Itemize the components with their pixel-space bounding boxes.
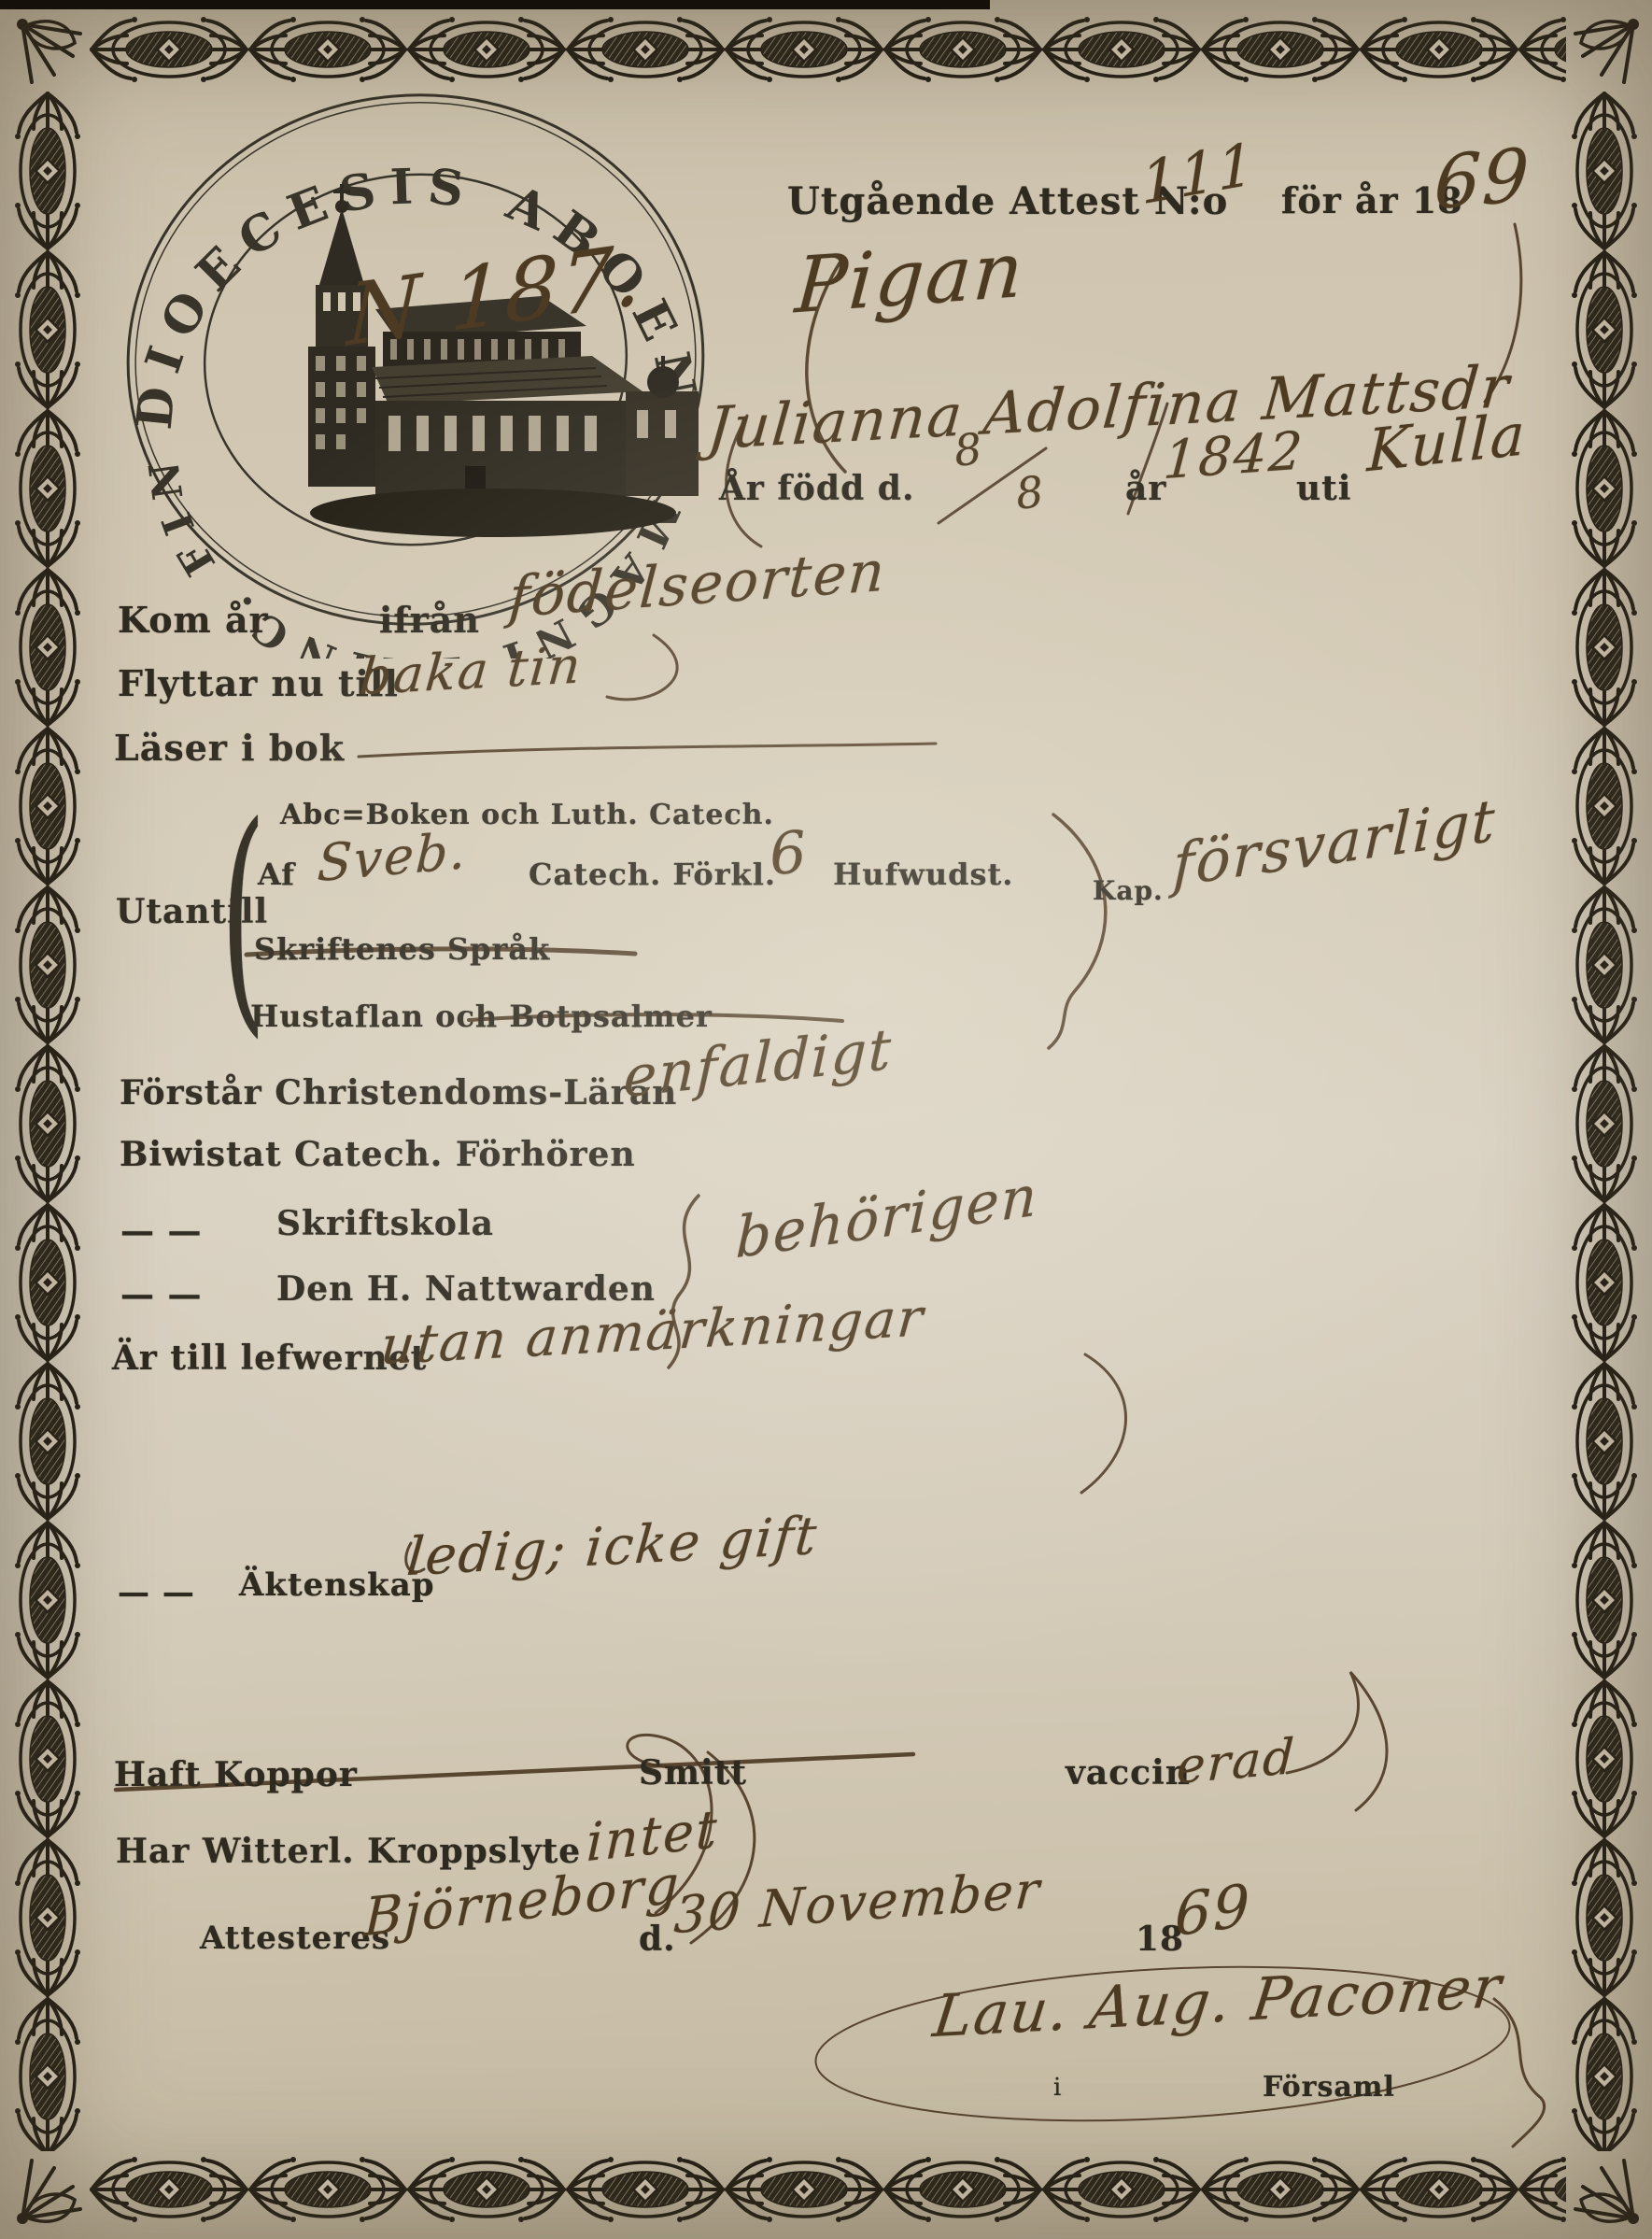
born-day-handwritten: 8 xyxy=(953,427,986,473)
ifran-label: ifrån xyxy=(379,602,480,638)
attest-year-handwritten: 69 xyxy=(1433,139,1532,221)
signature-forsaml-label: Församl xyxy=(1263,2074,1395,2102)
utantill-closing-brace-stroke xyxy=(1049,815,1106,1048)
nattwarden-dashes: — — xyxy=(120,1278,203,1311)
born-label: År född d. xyxy=(719,472,915,505)
attesteres-label: Attesteres xyxy=(200,1922,390,1954)
utantill-row2-af: Af xyxy=(258,859,295,889)
utantill-6-handwritten: 6 xyxy=(768,823,811,884)
laser-line-stroke xyxy=(359,744,936,757)
utantill-sveb-handwritten: Sveb. xyxy=(317,826,469,890)
fodelseorten-tail-stroke xyxy=(607,635,677,700)
born-place-handwritten: Kulla xyxy=(1366,405,1528,480)
vaccin-erad-handwritten: erad xyxy=(1176,1733,1297,1793)
utantill-kap-label: Kap. xyxy=(1093,878,1164,904)
utantill-row1: Abc=Boken och Luth. Catech. xyxy=(280,801,774,829)
utantill-row2-hufwudst: Hufwudst. xyxy=(833,859,1013,889)
vaccin-label: vaccin xyxy=(1066,1756,1191,1790)
utantill-row3-struck: Skriftenes Språk xyxy=(254,934,550,964)
born-place-label: uti xyxy=(1296,472,1351,505)
koppor-label-struck: Haft Koppor xyxy=(114,1758,358,1792)
born-year-handwritten: 1842 xyxy=(1162,425,1306,488)
kroppslyte-label: Har Witterl. Kroppslyte xyxy=(116,1835,581,1868)
scan-edge xyxy=(0,0,990,9)
anmarkningar-tail-stroke xyxy=(1081,1354,1126,1493)
biwistat-label: Biwistat Catech. Förhören xyxy=(120,1138,636,1171)
attest-year2-handwritten: 69 xyxy=(1175,1876,1251,1945)
laser-label: Läser i bok xyxy=(114,730,345,766)
kom-ar-label: Kom år xyxy=(118,602,269,638)
flyttar-label: Flyttar nu till xyxy=(118,666,399,701)
aktenskap-dashes: — — xyxy=(118,1577,195,1608)
utantill-row2-catech: Catech. Förkl. xyxy=(529,859,776,889)
vaccinerad-flourish xyxy=(1287,1672,1387,1810)
signature-tail-stroke xyxy=(1494,1999,1545,2147)
attest-document: DIOECESIS ABOENSIS. MAGNI PRINC. FINL. xyxy=(0,0,1652,2239)
smitt-label-struck: Smitt xyxy=(639,1756,747,1790)
utantill-row4: Hustaflan och Botpsalmer xyxy=(250,1001,713,1031)
born-year-label: år xyxy=(1125,472,1166,505)
flyttar-value-handwritten: baka tin xyxy=(358,640,585,702)
skriftskola-dashes: — — xyxy=(120,1214,203,1248)
signature-i-label: i xyxy=(1053,2076,1062,2100)
born-month-handwritten: 8 xyxy=(1014,470,1048,516)
person-title-handwritten: Pigan xyxy=(793,233,1027,326)
forstar-label: Förstår Christendoms-Läran xyxy=(120,1076,677,1110)
skriftskola-label: Skriftskola xyxy=(276,1207,494,1240)
nattwarden-label: Den H. Nattwarden xyxy=(276,1272,656,1306)
attest-d-label: d. xyxy=(639,1922,676,1956)
